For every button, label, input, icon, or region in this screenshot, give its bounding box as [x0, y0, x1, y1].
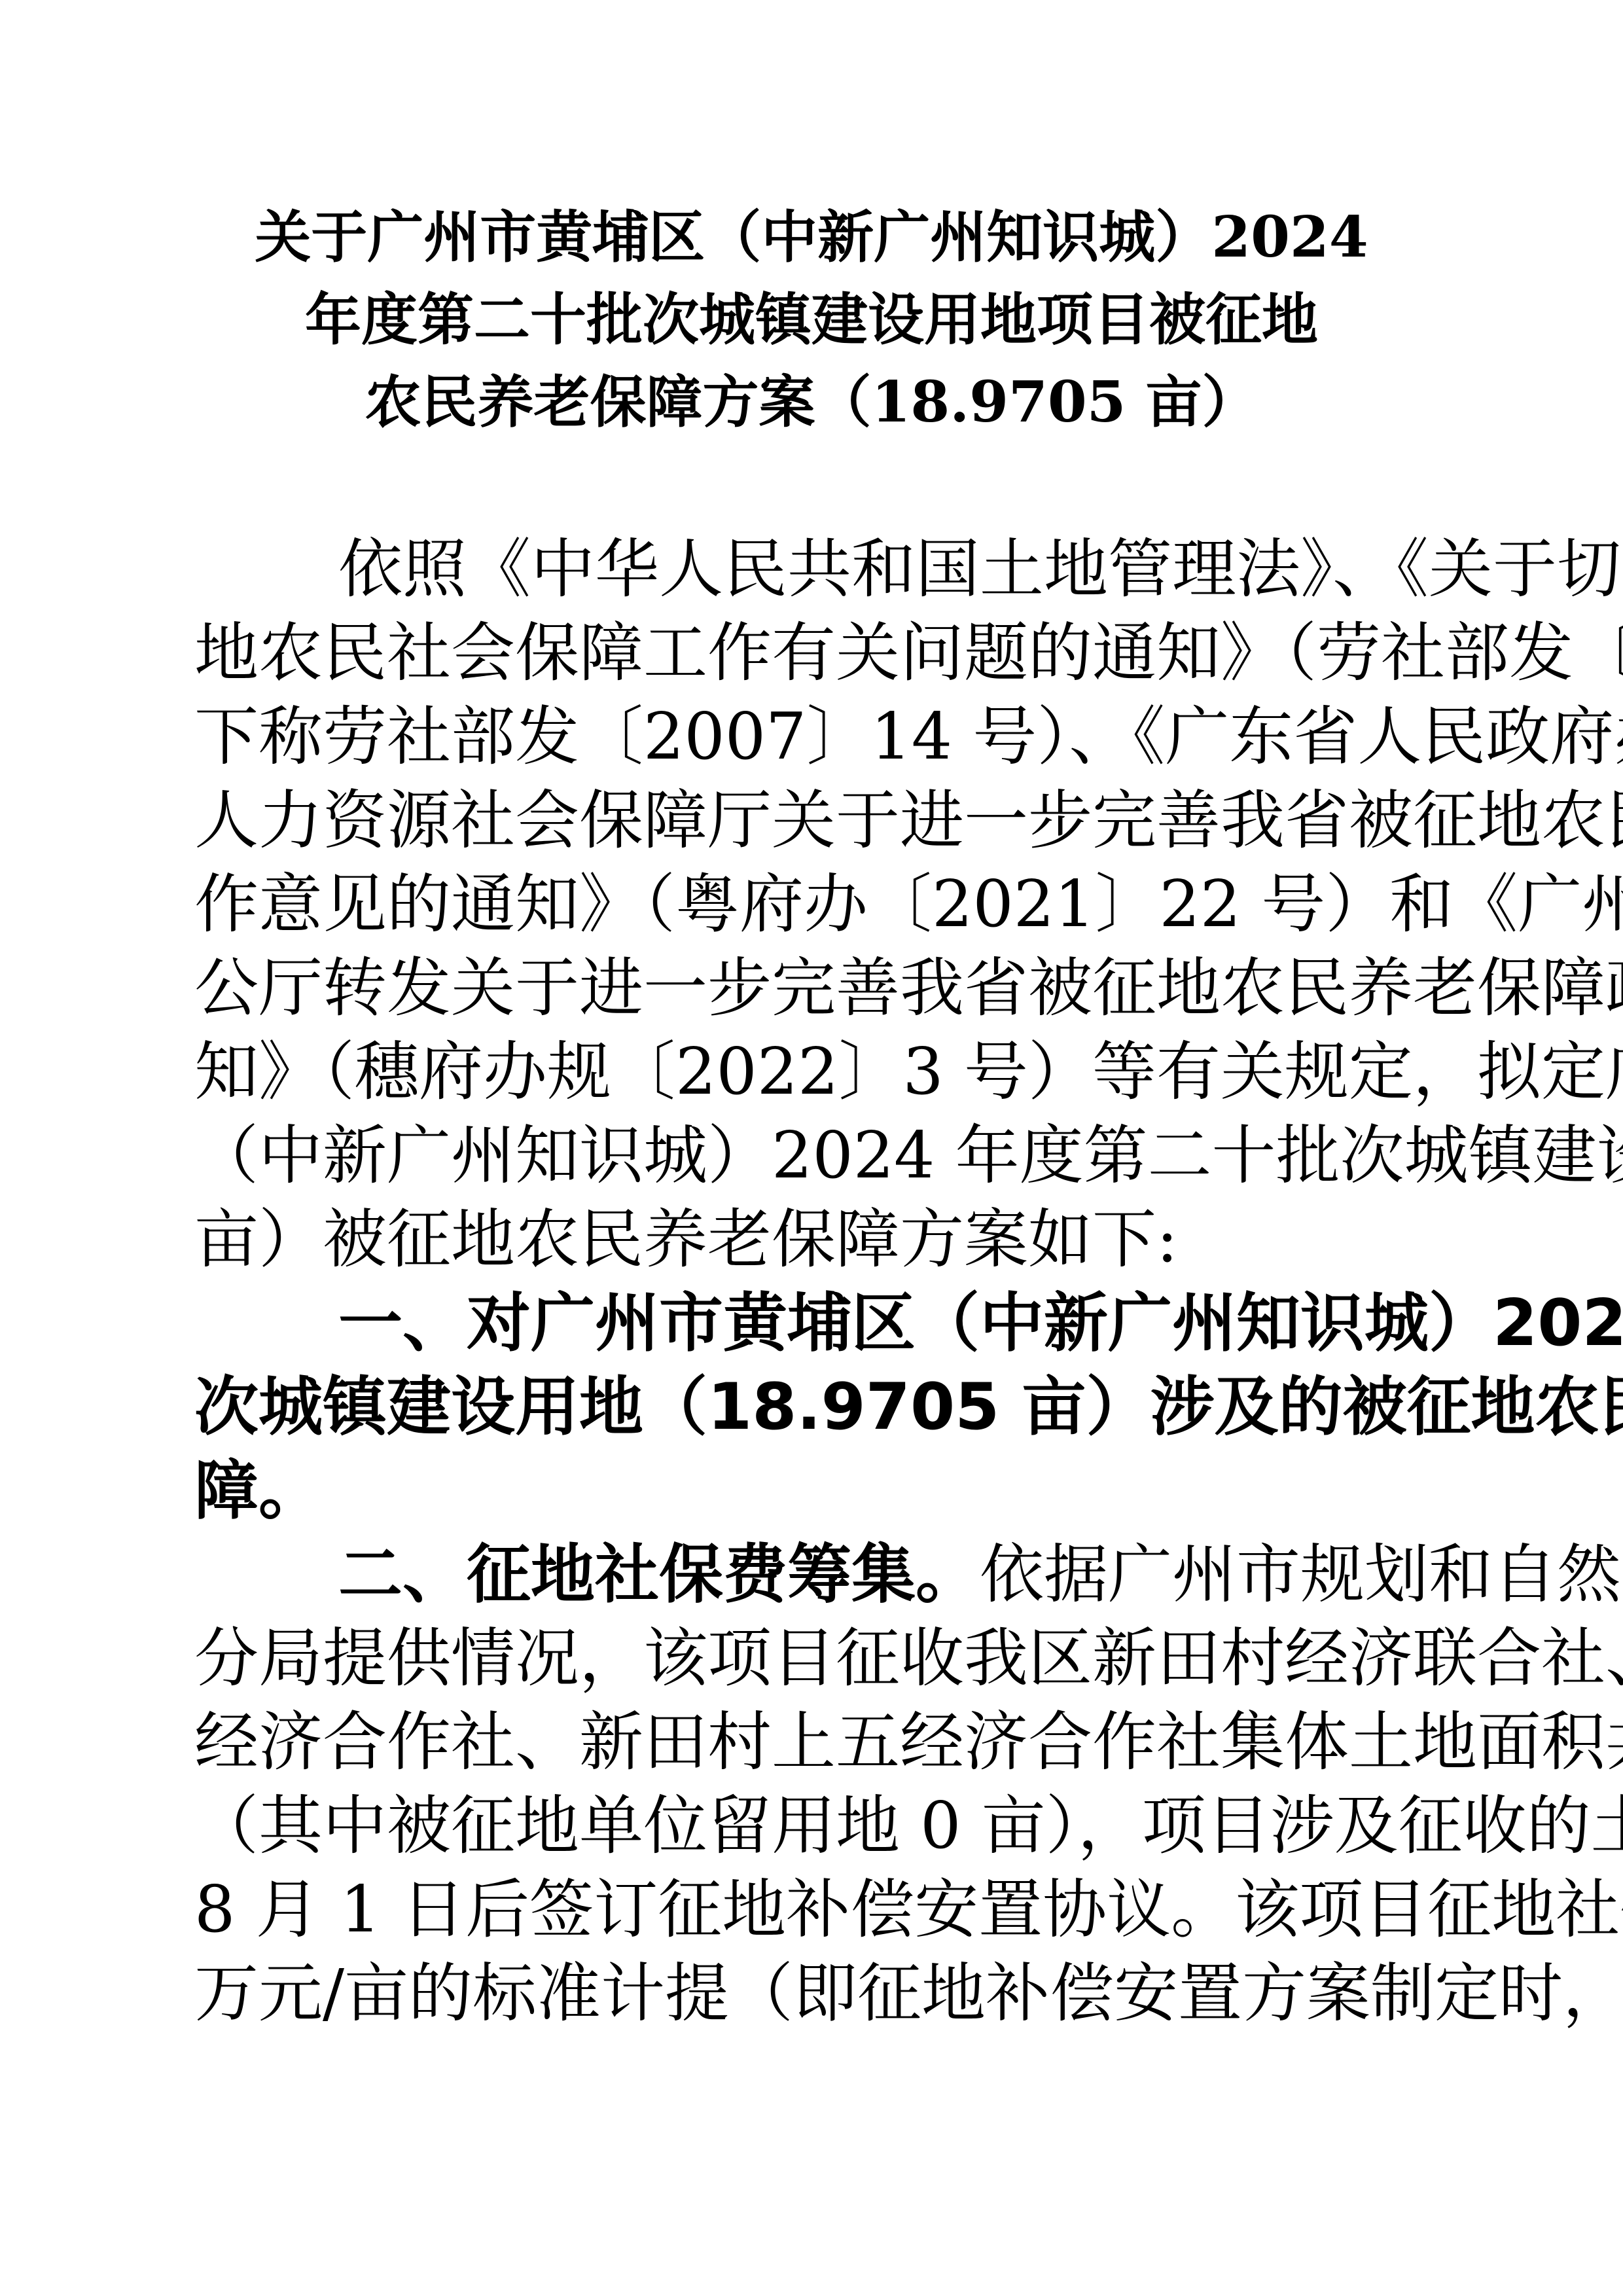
section-1-line: 障。 — [194, 1449, 1422, 1533]
paragraph-line: 公厅转发关于进一步完善我省被征地农民养老保障政策意见的通 — [194, 946, 1422, 1030]
paragraph-line: 地农民社会保障工作有关问题的通知》（劳社部发〔2007〕14 号， — [194, 611, 1422, 695]
section-2-line: 8 月 1 日后签订征地补偿安置协议。该项目征地社保费应按 2.47 — [194, 1868, 1422, 1952]
paragraph-line: （中新广州知识城）2024 年度第二十批次城镇建设用地（18.9705 — [194, 1114, 1422, 1198]
title-line-3: 农民养老保障方案（18.9705 亩） — [196, 361, 1427, 444]
section-2: 二、征地社保费筹集。依据广州市规划和自然资源局黄埔区 分局提供情况，该项目征收我… — [194, 1533, 1422, 2036]
title-line-2: 年度第二十批次城镇建设用地项目被征地 — [196, 279, 1427, 361]
paragraph-line: 依照《中华人民共和国土地管理法》、《关于切实做好被征 — [194, 528, 1422, 611]
paragraph-line: 亩）被征地农民养老保障方案如下: — [194, 1198, 1422, 1282]
paragraph-line: 知》（穗府办规〔2022〕3 号）等有关规定，拟定广州市黄埔区 — [194, 1030, 1422, 1114]
paragraph-line: 作意见的通知》（粤府办〔2021〕22 号）和《广州市人民政府办 — [194, 863, 1422, 946]
section-2-line: 经济合作社、新田村上五经济合作社集体土地面积共 18.9705 亩 — [194, 1700, 1422, 1784]
section-2-line: （其中被征地单位留用地 0 亩），项目涉及征收的土地于 2021 年 — [194, 1784, 1422, 1868]
section-2-first-line: 二、征地社保费筹集。依据广州市规划和自然资源局黄埔区 — [194, 1533, 1422, 1617]
intro-paragraph: 依照《中华人民共和国土地管理法》、《关于切实做好被征 地农民社会保障工作有关问题… — [194, 528, 1422, 1282]
section-2-heading: 二、征地社保费筹集。 — [338, 1537, 980, 1612]
section-2-first-line-text: 依据广州市规划和自然资源局黄埔区 — [980, 1537, 1623, 1612]
section-1: 一、对广州市黄埔区（中新广州知识城）2024 年度第二十批 次城镇建设用地（18… — [194, 1282, 1422, 1533]
section-1-line: 次城镇建设用地（18.9705 亩）涉及的被征地农民实施社会养老保 — [194, 1365, 1422, 1449]
title-line-1: 关于广州市黄埔区（中新广州知识城）2024 — [196, 196, 1427, 279]
section-1-line: 一、对广州市黄埔区（中新广州知识城）2024 年度第二十批 — [194, 1282, 1422, 1365]
document-body: 依照《中华人民共和国土地管理法》、《关于切实做好被征 地农民社会保障工作有关问题… — [194, 528, 1422, 2036]
section-2-line: 万元/亩的标准计提（即征地补偿安置方案制定时，我区每亩平均 — [194, 1952, 1422, 2036]
document-title: 关于广州市黄埔区（中新广州知识城）2024 年度第二十批次城镇建设用地项目被征地… — [196, 196, 1427, 444]
paragraph-line: 人力资源社会保障厅关于进一步完善我省被征地农民养老保障工 — [194, 779, 1422, 863]
section-2-line: 分局提供情况，该项目征收我区新田村经济联合社、新田村上一 — [194, 1617, 1422, 1700]
document-page: 关于广州市黄埔区（中新广州知识城）2024 年度第二十批次城镇建设用地项目被征地… — [0, 0, 1623, 2296]
paragraph-line: 下称劳社部发〔2007〕14 号）、《广东省人民政府办公厅转发省 — [194, 695, 1422, 779]
